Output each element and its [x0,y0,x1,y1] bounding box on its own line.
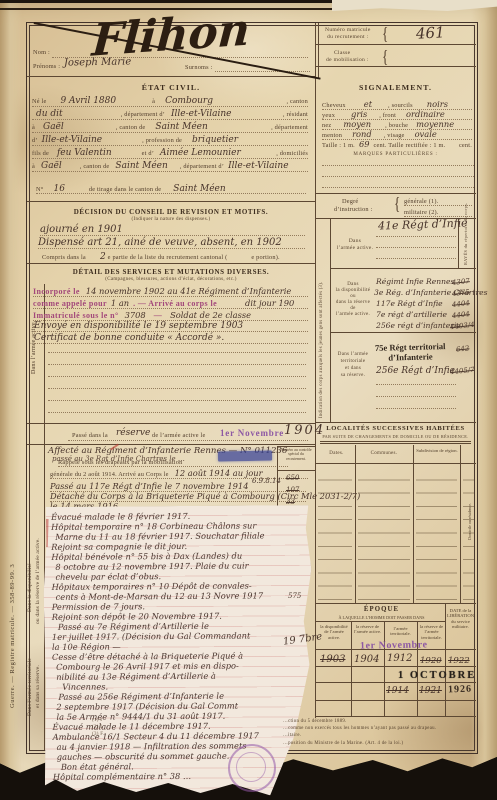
corps-margin-label: Indication des corps auxquels les jeunes… [319,281,324,418]
territorial-regiment-stamp: 75e Régt territorial d’Infanterie [375,341,446,363]
label: fils de [32,150,49,157]
label: d’ [32,137,38,144]
value: rond [352,129,372,139]
novembre-stamp: 1er Novembre [360,639,428,651]
blank-rule [48,376,306,377]
degre-label-2: d’instruction : [334,206,373,213]
localites-title: LOCALITÉS SUCCESSIVES HABITÉES [315,425,476,432]
corps-terr-label: et dans [332,366,374,371]
value: Ille-et-Vilaine [228,161,288,171]
services-line-1: Incorporé le 14 novembre 1902 au 41e Rég… [33,286,308,297]
corps-dispo-label: Dans [332,282,374,287]
label: cent. [459,142,472,149]
epoque-col3: l’armée territoriale. [386,626,415,637]
corps-dispo-label: ou [332,294,374,299]
matricule-label-2: du recrutement : [327,34,368,40]
value: ordinaire [406,109,445,119]
stamp-print: — [154,311,162,320]
localites-col-dates: Dates. [318,451,355,456]
value: 12 août 1914 au jour [175,468,263,478]
blank-rule [376,408,456,409]
localites-vline-2 [413,445,414,603]
decision-title: DÉCISION DU CONSEIL DE REVISION ET MOTIF… [27,208,315,216]
history-line: cents à Mont-de-Marsan du 12 au 13 Novre… [56,590,264,601]
label: générale du 2 août 1914. Arrivé au Corps… [50,471,169,478]
value: Soldat de 2e classe [170,310,251,320]
section-rule-1 [27,201,315,202]
value: Ille-et-Vilaine [42,135,102,145]
label: , canton de [80,163,110,170]
label: e partie de la liste du recrutement cant… [108,254,228,261]
label: Né le [32,98,46,105]
corps-dispo-value: 256e régt d’infanterie [376,321,461,330]
passe-hand-year: 1904 [284,423,325,438]
epoque-crossed-1922: 1922 [448,656,470,666]
controle-box-bottom [277,470,315,471]
value: gris [351,109,367,119]
spine-imprint: Guerre. — Registre matricule. — 358-89-9… [9,564,16,708]
value: noirs [427,99,448,109]
surnoms-label: Surnoms : [185,64,213,71]
blank-rule [376,236,456,237]
epoque-subtitle: À LAQUELLE L’HOMME DOIT PASSER DANS [318,615,445,620]
stamp-print: comme appelé pour [33,299,107,308]
etat-civil-line-4: d’ Ille-et-Vilaine , profession de briqu… [32,135,308,146]
localites-vline-1 [355,445,356,603]
history-line: 1er juillet 1917. (Décision du Gal Comma… [52,630,250,641]
localites-rule-b [320,443,471,444]
label: , front [379,112,396,119]
value: Ille-et-Vilaine [171,109,231,119]
epoque-col2: la réserve de l’armée active. [353,624,382,635]
corps-terr-stamp-num: 642 [456,344,470,353]
corps-dispo-label: l’armée active. [332,312,374,317]
label: cent. Taille rectifiée : 1 m. [374,142,446,149]
prenoms-label: Prénoms : [33,63,60,70]
footnote-line: …position du Ministre de la Marine. (Art… [283,740,436,747]
label: N° [36,186,43,193]
value: et [364,99,372,109]
section-rule-2 [27,263,315,264]
value: 3708 [125,310,146,320]
blank-rule [322,176,474,177]
value: 9 Avril 1880 [60,96,116,106]
blank-rule [376,258,456,259]
services-line-2: comme appelé pour 1 an . — Arrivé au cor… [33,298,308,309]
blank-rule [48,364,306,365]
epoque-col5: DATE de la LIBÉRATION du service militai… [447,608,474,630]
circular-ink-stamp [228,744,276,792]
label: de tirage dans le canton de [89,186,161,193]
footnote-marker: (3) F [92,731,104,738]
value: 14 novembre 1902 au 41e Régiment d’Infan… [86,286,292,296]
footnote-line: …ction du 5 décembre 1889. [283,718,436,725]
value: 69 [359,139,370,149]
footnote-marker: (2) L [92,724,104,731]
label: à [152,98,155,105]
passe-stamp-novembre: 1er Novembre [220,428,284,438]
stamp-print: Incorporé le [33,287,80,296]
history-line: Permission de 7 jours. [52,601,145,612]
epoque-vline-2 [384,621,385,716]
classe-label-2: de mobilisation : [326,57,369,63]
footnotes-right: …ction du 5 décembre 1889. …comme non ex… [283,718,436,747]
passe-row-top [27,423,315,424]
label: , résidant [283,111,308,118]
degre-brace: { [394,193,400,215]
epoque-crossed-1920: 1920 [420,656,442,666]
epoque-row-rule-1 [315,666,476,667]
value: briquetier [192,135,238,145]
epoque-value-1903: 1903 [320,654,345,665]
epoque-col1: la disponibilité de l’armée active. [319,624,349,640]
stamp-print: Immatriculé sous le n° [33,311,119,320]
value: Saint Méen [155,122,207,132]
footnote-marker: (1) I [92,717,104,724]
margin-label-territoriale-2: et dans sa réserve. [35,665,41,708]
epoque-value-1912: 1912 [387,653,412,664]
decision-hand-1: ajourné en 1901 [40,224,305,236]
value: moyen [343,119,371,129]
corps-rule-2 [330,332,476,333]
label: , bouche [385,122,408,129]
epoque-vline-1 [351,621,352,716]
matricule-brace: { [382,23,388,45]
etat-civil-line-5: fils de feu Valentin et d’ Aimée Lemouni… [32,148,308,159]
passe-row-bottom [27,444,315,445]
epoque-title: ÉPOQUE [318,606,445,613]
corps-dispo-value: 7e régt d’artillerie [376,310,447,319]
nom-label: Nom : [33,49,50,56]
matricule-box-divider [315,44,476,45]
classe-box-divider [315,66,476,67]
epoque-bottom-rule [315,716,476,717]
passe-label-1: Passé dans la [72,432,108,439]
label: , profession de [142,137,182,144]
label: nez [322,122,331,129]
passe-rule [68,440,308,441]
matricule-label-1: Numéro matricule [325,27,371,33]
corps-active-label-1: Dans [334,238,376,244]
services-subtitle: (Campagnes, blessures, actions d’éclat, … [27,277,315,282]
corps-rule-1 [330,268,476,269]
epoque-crossed-1914: 1914 [386,686,409,696]
footnotes-left: (1) I (2) L (3) F [92,717,104,738]
value: Saint Méen [115,161,167,171]
marques-label: MARQUES PARTICULIÈRES : [315,152,476,157]
classe-label-1: Classe [334,50,350,56]
rayes-label: RAYÉS du répertoire du corps. [463,203,468,265]
blank-rule [48,388,306,389]
compris-line: Compris dans la 2 e partie de la liste d… [42,252,304,262]
controle-num: 650 [286,474,299,482]
corps-dispo-label: de [332,306,374,311]
label: Taille : 1 m. [322,142,355,149]
octobre-stamp: 1 OCTOBRE [398,670,476,681]
history-line: gauches — obscurité du sommet gauche. [57,751,230,762]
services-line-3: Immatriculé sous le n° 3708 — Soldat de … [33,310,308,321]
epoque-value-1926: 1926 [448,684,472,696]
corps-dispo-value: Régimt Infie Rennes [376,277,454,286]
services-line-5: Certificat de bonne conduite « Accordé »… [34,333,308,344]
corps-dispo-value: 3e Rég. d’Infanterie Chartres [374,288,487,297]
value: du dit [36,109,63,119]
surnoms-rule [215,71,310,72]
value: ovale [415,129,437,139]
footnote-line: …comme non exercés tous les hommes n’aya… [283,725,436,732]
label: yeux [322,112,335,119]
etat-civil-line-6: à Gaël , canton de Saint Méen , départem… [32,161,308,172]
degre-generale: générale (1). [404,198,472,206]
passe-label-2: de l’armée active le [152,432,205,439]
label: Cheveux [322,102,346,109]
footnote-line: …itaire. [283,732,436,739]
value: 2 [100,252,106,262]
matricule-value: 461 [416,23,446,42]
label: et d’ [142,150,154,157]
scanned-military-register-page: Guerre. — Registre matricule. — 358-89-9… [0,0,497,800]
localites-vline-3 [460,445,461,603]
corps-active-label-2: l’armée active. [334,245,376,251]
value: feu Valentin [57,148,112,158]
history-line: Vincennes. [62,681,108,691]
services-line-4: Envoyé en disponibilité le 19 septembre … [34,321,308,332]
corps-dispo-label: la disponibilité [332,288,374,293]
degre-label-1: Degré [342,198,358,205]
label: , département d’ [180,163,224,170]
taille-row: Taille : 1 m. 69 cent. Taille rectifiée … [322,139,472,149]
label: , canton de [116,124,146,131]
value: dit jour 190 [245,298,294,308]
value: Aimée Lemounier [160,148,241,158]
margin-label-disponibilite-1: Dans la disponibilité [27,563,33,612]
label: à [32,124,35,131]
signalement-title: SIGNALEMENT. [315,83,476,92]
corps-margin-line [330,218,331,422]
blank-rule [48,400,306,401]
services-title: DÉTAIL DES SERVICES ET MUTATIONS DIVERSE… [27,268,315,276]
label: e portion). [251,254,279,261]
margin-label-territoriale-1: Dans l’armée territoriale [27,658,33,716]
epoque-subtitle-rule [315,621,445,622]
localites-header-rule [315,463,476,464]
epoque-row-rule-3 [315,700,476,701]
blank-rule [376,384,456,385]
history-line: nibilité au 13e Régiment d’Artillerie à [56,671,216,682]
passe-hand-1: réserve [116,428,150,438]
etat-civil-line-3: à Gaël , canton de Saint Méen , départem… [32,122,308,133]
header-box-inner-line [318,23,319,78]
label: , département [271,124,308,131]
localites-empty-rows [463,467,474,600]
history-line: la 10e Région — [52,641,121,651]
label: , visage [384,132,405,139]
classe-brace: { [382,46,388,68]
corps-dispo-label: dans la réserve [332,300,374,305]
history-line: 8 octobre au 12 novembre 1917. Plaie du … [55,561,248,572]
corps-terr-label: Dans l’armée [332,352,374,357]
mobilisation-hand-line2: passé au 3e Rgt d’Infie Chartres le … [52,455,185,463]
services-margin-line [44,284,45,750]
etat-civil-line-2: du dit , département d’ Ille-et-Vilaine … [32,109,308,120]
epoque-crossed-1921: 1921 [419,686,442,696]
history-line: Bon état général. [61,761,134,772]
controle-num-extra: 575 [288,592,301,600]
epoque-vline-3 [417,621,418,716]
epoque-row-rule-2 [315,682,476,683]
label: Compris dans la [42,254,86,261]
epoque-col4: la réserve de l’armée territoriale. [419,624,444,640]
circular-ink-stamp-inner [236,752,266,782]
header-divider [27,76,315,77]
etat-civil-line-1: Né le 9 Avril 1880 à Combourg , canton [32,96,308,107]
label: , domiciliés [276,150,308,157]
label: , canton [286,98,308,105]
localites-rule-a [320,441,471,442]
etat-civil-title: ÉTAT CIVIL. [27,83,315,92]
blue-ink-stamp [218,451,272,462]
controle-num: 33 [286,498,295,506]
column-divider [315,23,316,718]
corps-terr-label: territoriale [332,359,374,364]
decision-hand-2: Dispensé art 21, ainé de veuve, absent, … [38,237,305,249]
history-line: Hôpital complémentaire n° 38 … [53,771,191,782]
corps-terr-label: sa réserve. [332,373,374,378]
mobilisation-hand-note: 6.9.8.14 [252,477,281,485]
decision-subtitle: (Indiquer la nature des dispenses.) [27,217,315,222]
tirage-rule [36,193,306,194]
label: , sourcils [388,102,413,109]
value: Gaël [43,122,64,132]
blank-rule [376,396,456,397]
margin-label-disponibilite-2: ou dans la réserve de l’armée active. [35,538,41,624]
blank-rule [322,187,474,188]
value: 1 an [111,298,129,308]
value: Combourg [165,96,213,106]
localites-subtitle: PAR SUITE DE CHANGEMENTS DE DOMICILE OU … [315,434,476,439]
localites-col-subdivision: Subdivision de région. [416,448,458,453]
epoque-value-1904: 1904 [354,654,379,665]
blank-rule [376,247,456,248]
localites-top-rule [315,422,476,423]
corps-terr-value: 256e Régt d’Infie [376,366,455,376]
stamp-print: . — Arrivé au corps le [133,299,217,308]
localites-col-communes: Communes. [355,451,413,456]
label: menton [322,132,342,139]
prenoms-value: Joseph Marie [64,56,131,68]
blank-rule [48,412,306,413]
corps-dispo-value: 117e Régt d’Infie [376,299,443,308]
localites-empty-rows [416,467,457,600]
stamp-line-2: d’Infanterie [375,351,446,363]
value: moyenne [416,119,454,129]
localites-empty-rows [358,467,410,600]
label: , département d’ [121,111,165,118]
value: Gaël [41,161,62,171]
blank-rule [48,352,306,353]
label: à [32,163,35,170]
localites-empty-rows [318,467,352,600]
blank-rule [322,165,474,166]
pasted-note-sheet: Évacué malade le 8 février 1917. Hôpital… [43,505,313,797]
epoque-top-rule [315,603,476,604]
controle-num: 107 [286,486,299,494]
